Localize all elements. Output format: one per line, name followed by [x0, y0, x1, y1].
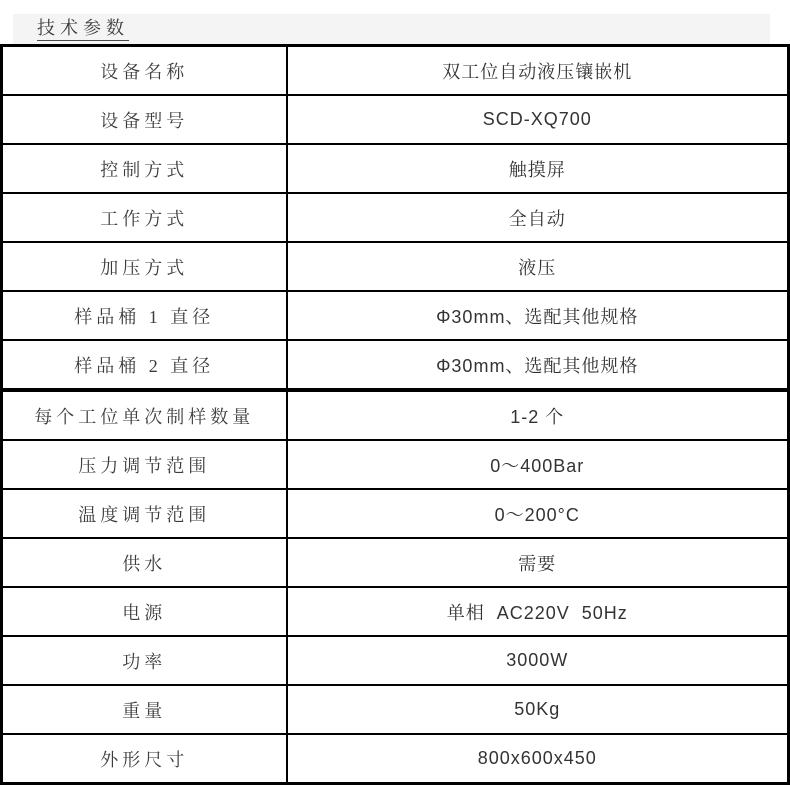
page-title: 技术参数: [37, 18, 129, 42]
page: { "page": { "title": "技术参数" }, "table": …: [0, 0, 790, 788]
spec-table-body: 设备名称双工位自动液压镶嵌机设备型号SCD-XQ700控制方式触摸屏工作方式全自…: [2, 46, 789, 784]
param-value: 800x600x450: [287, 734, 789, 784]
param-label: 供水: [2, 538, 287, 587]
table-row: 温度调节范围0～200°C: [2, 489, 789, 538]
title-bar: 技术参数: [13, 14, 770, 45]
table-row: 样品桶 1 直径Φ30mm、选配其他规格: [2, 291, 789, 340]
table-row: 设备型号SCD-XQ700: [2, 95, 789, 144]
param-label: 加压方式: [2, 242, 287, 291]
table-row: 重量50Kg: [2, 685, 789, 734]
param-value: 3000W: [287, 636, 789, 685]
param-value: 单相 AC220V 50Hz: [287, 587, 789, 636]
table-row: 供水需要: [2, 538, 789, 587]
param-value: 1-2 个: [287, 390, 789, 440]
param-label: 每个工位单次制样数量: [2, 390, 287, 440]
param-value: 0～200°C: [287, 489, 789, 538]
table-row: 样品桶 2 直径Φ30mm、选配其他规格: [2, 340, 789, 390]
param-value: 液压: [287, 242, 789, 291]
table-row: 电源单相 AC220V 50Hz: [2, 587, 789, 636]
table-row: 外形尺寸800x600x450: [2, 734, 789, 784]
param-label: 温度调节范围: [2, 489, 287, 538]
param-label: 压力调节范围: [2, 440, 287, 489]
table-row: 工作方式全自动: [2, 193, 789, 242]
param-value: 0～400Bar: [287, 440, 789, 489]
table-row: 控制方式触摸屏: [2, 144, 789, 193]
param-value: Φ30mm、选配其他规格: [287, 340, 789, 390]
param-value: 双工位自动液压镶嵌机: [287, 46, 789, 96]
table-row: 设备名称双工位自动液压镶嵌机: [2, 46, 789, 96]
table-row: 功率3000W: [2, 636, 789, 685]
param-value: 50Kg: [287, 685, 789, 734]
param-label: 设备名称: [2, 46, 287, 96]
param-value: 触摸屏: [287, 144, 789, 193]
param-label: 控制方式: [2, 144, 287, 193]
param-value: 全自动: [287, 193, 789, 242]
param-label: 设备型号: [2, 95, 287, 144]
table-row: 压力调节范围0～400Bar: [2, 440, 789, 489]
param-label: 电源: [2, 587, 287, 636]
param-label: 样品桶 1 直径: [2, 291, 287, 340]
param-value: 需要: [287, 538, 789, 587]
param-value: Φ30mm、选配其他规格: [287, 291, 789, 340]
param-label: 重量: [2, 685, 287, 734]
param-label: 功率: [2, 636, 287, 685]
table-row: 加压方式液压: [2, 242, 789, 291]
param-label: 外形尺寸: [2, 734, 287, 784]
param-label: 工作方式: [2, 193, 287, 242]
param-label: 样品桶 2 直径: [2, 340, 287, 390]
table-row: 每个工位单次制样数量1-2 个: [2, 390, 789, 440]
param-value: SCD-XQ700: [287, 95, 789, 144]
spec-table: 设备名称双工位自动液压镶嵌机设备型号SCD-XQ700控制方式触摸屏工作方式全自…: [0, 44, 790, 785]
